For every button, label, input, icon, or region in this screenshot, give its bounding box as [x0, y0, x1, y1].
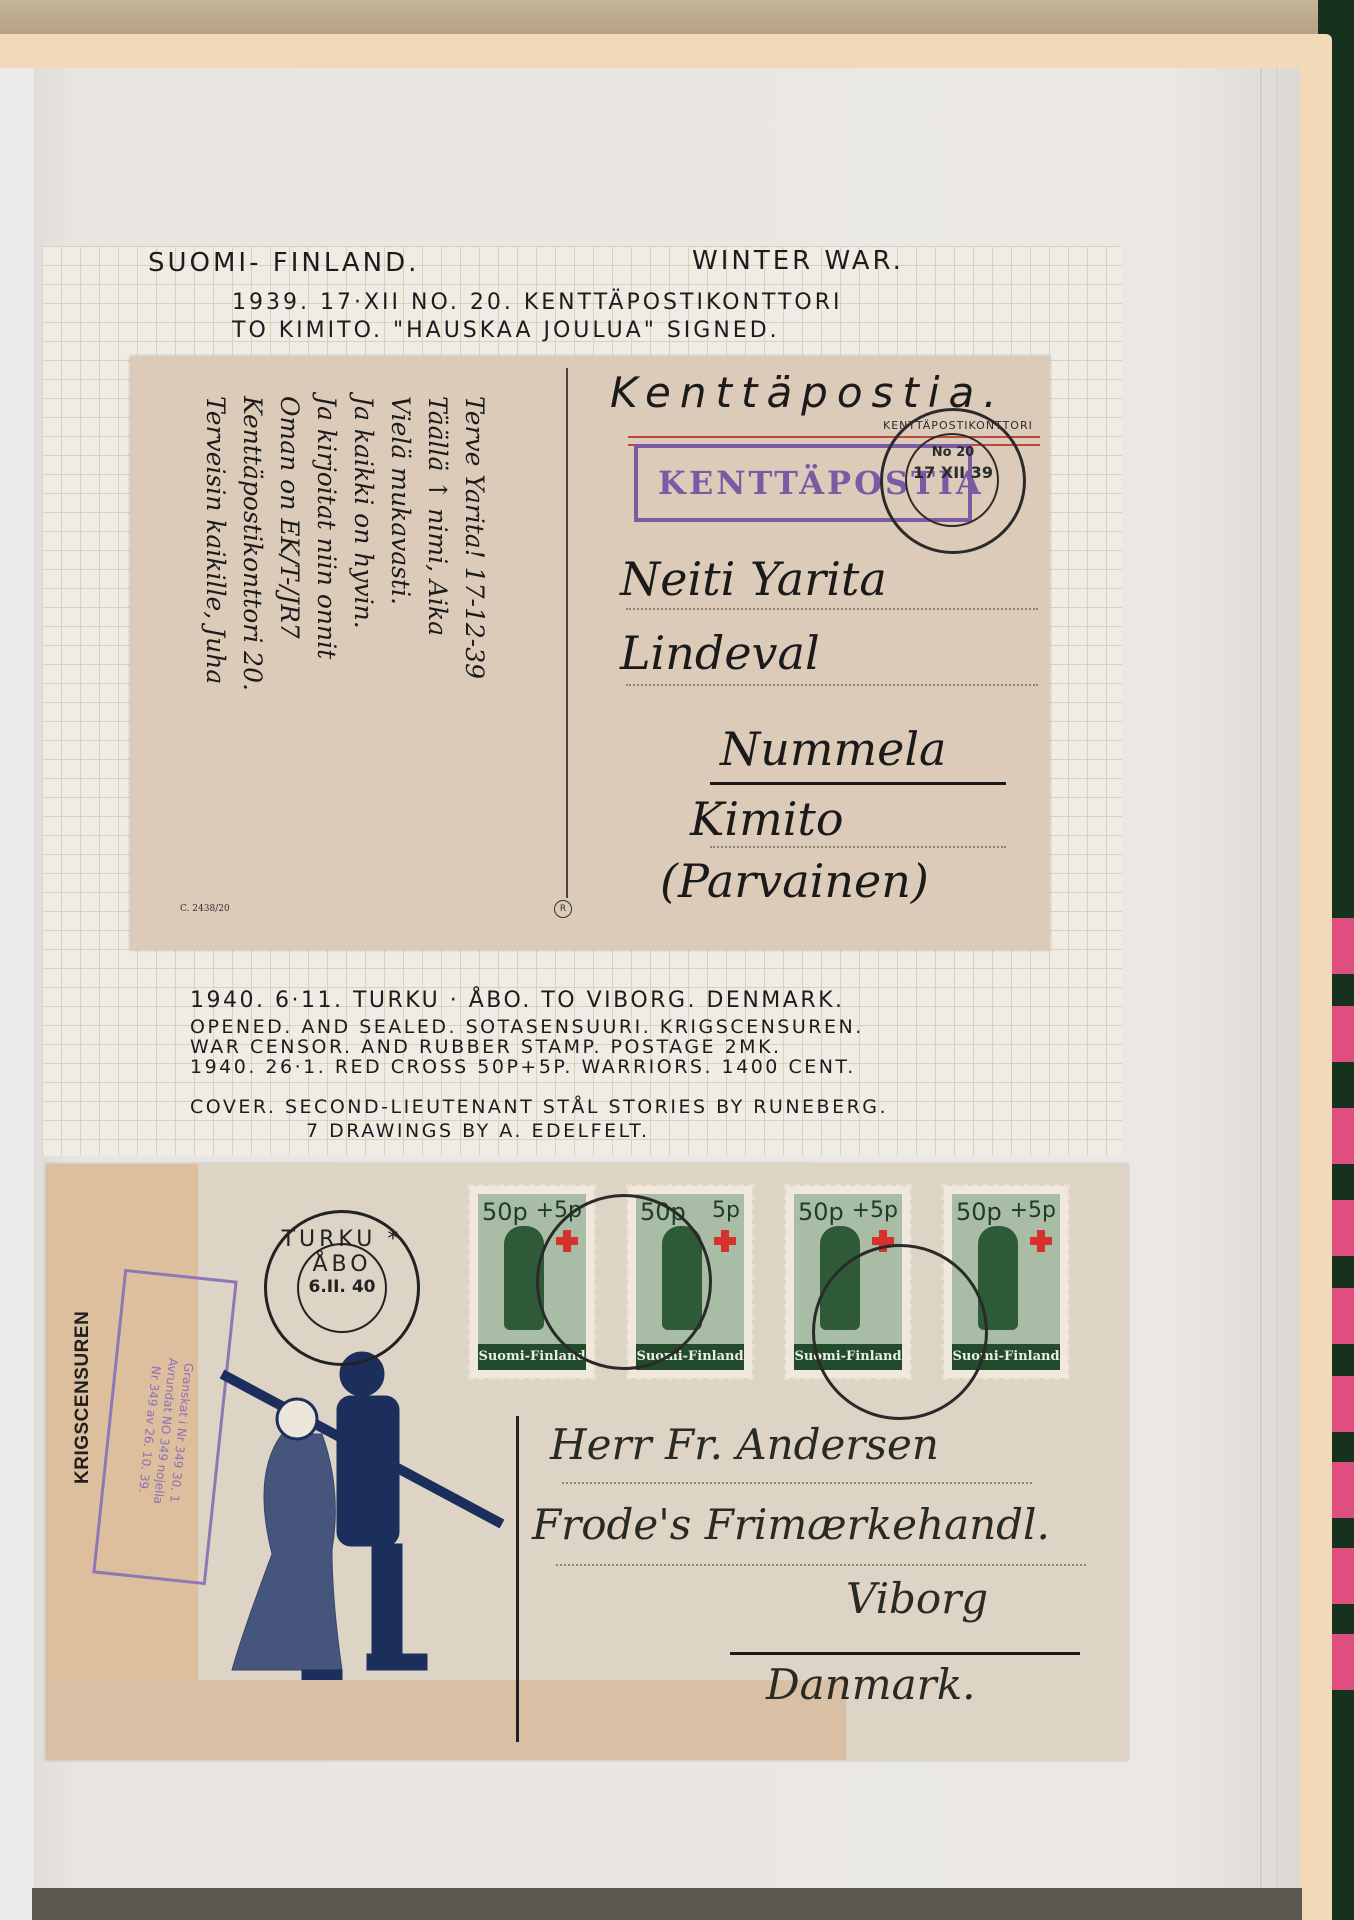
address-line: Nummela — [720, 722, 946, 776]
cover-address-line: Herr Fr. Andersen — [550, 1420, 939, 1469]
address-line: Lindeval — [620, 626, 820, 680]
stamp-value: 50p — [482, 1198, 528, 1226]
index-tab[interactable] — [1332, 1462, 1354, 1518]
stamp-cancel — [812, 1244, 988, 1420]
country-heading: Suomi- Finland. — [148, 248, 419, 278]
turku-abo-postmark: TURKU * ÅBO 6.II. 40 — [264, 1210, 420, 1366]
message-line: Ja kirjoitat niin onnit — [308, 396, 345, 916]
postmark-ring-text: KENTTÄPOSTIKONTTORI — [883, 419, 1023, 432]
topic-heading: Winter War. — [692, 246, 904, 276]
message-line: Oman on EK/T-/JR7 — [271, 396, 308, 916]
index-tab[interactable] — [1332, 918, 1354, 974]
item2-description-line: 1940. 26·1. Red Cross 50p+5p. Warriors. … — [190, 1058, 856, 1076]
stamp-value: 50p — [798, 1198, 844, 1226]
censored-cover: KRIGSCENSUREN Granskat i Nr 349 30. 1 Av… — [46, 1164, 1128, 1760]
index-tab[interactable] — [1332, 1548, 1354, 1604]
stamp-surcharge: +5p — [1010, 1198, 1056, 1223]
postcard-divider — [566, 368, 568, 898]
cover-divider — [516, 1416, 519, 1742]
item2-note-line: 7 drawings by A. Edelfelt. — [306, 1122, 649, 1140]
index-tab[interactable] — [1332, 1108, 1354, 1164]
item1-description-line: To Kimito. "Hauskaa Joulua" signed. — [232, 318, 780, 343]
item2-note-line: Cover. Second-Lieutenant Stål Stories by… — [190, 1098, 888, 1116]
page-bottom-shadow — [32, 1888, 1302, 1920]
postmark-city: TURKU * ÅBO — [267, 1227, 417, 1277]
item2-description-line: War censor. and rubber stamp. Postage 2m… — [190, 1038, 782, 1056]
message-area: Terve Yarita! 17-12-39 Täällä ↑ nimi, Ai… — [130, 396, 560, 916]
index-tab[interactable] — [1332, 1006, 1354, 1062]
postmark-date: 6.II. 40 — [267, 1277, 417, 1297]
postmark-date: 17 XII 39 — [883, 463, 1023, 482]
cover-address-line: Danmark. — [766, 1660, 976, 1709]
index-tab[interactable] — [1332, 1376, 1354, 1432]
message-line: Vielä mukavasti. — [382, 396, 419, 916]
cover-address-line: Frode's Frimærkehandl. — [532, 1500, 1050, 1549]
stamp-cancel — [536, 1194, 712, 1370]
stamp-value: 50p — [956, 1198, 1002, 1226]
message-line: Ja kaikki on hyvin. — [345, 396, 382, 916]
message-line: Terve Yarita! 17-12-39 — [456, 396, 493, 916]
message-line: Terveisin kaikille, Juha — [197, 396, 234, 916]
address-line: Neiti Yarita — [620, 552, 887, 606]
censor-tape-bottom — [46, 1680, 846, 1760]
stamp-surcharge: 5p — [712, 1198, 740, 1223]
stamp-surcharge: +5p — [852, 1198, 898, 1223]
page-gutter — [0, 68, 34, 1920]
item2-description-line: 1940. 6·11. Turku · Åbo. To Viborg. Denm… — [190, 992, 845, 1010]
message-line: Kenttäpostikonttori 20. — [234, 396, 271, 916]
address-line: (Parvainen) — [660, 854, 929, 908]
message-line: Täällä ↑ nimi, Aika — [419, 396, 456, 916]
cover-address-line: Viborg — [846, 1574, 988, 1623]
postmark-number: No 20 — [883, 445, 1023, 460]
field-post-postcard: Terve Yarita! 17-12-39 Täällä ↑ nimi, Ai… — [130, 356, 1050, 950]
index-tab[interactable] — [1332, 1634, 1354, 1690]
index-tab[interactable] — [1332, 1200, 1354, 1256]
censor-tape-label: KRIGSCENSUREN — [72, 1311, 94, 1484]
item1-description-line: 1939. 17·XII No. 20. Kenttäpostikonttori — [232, 290, 843, 315]
print-code: C. 2438/20 — [180, 904, 230, 914]
item2-description-line: Opened. and sealed. Sotasensuuri. Krigsc… — [190, 1018, 864, 1036]
address-line: Kimito — [690, 792, 844, 846]
index-tab[interactable] — [1332, 1288, 1354, 1344]
publisher-logo-icon: R — [554, 900, 572, 918]
field-post-office-postmark: KENTTÄPOSTIKONTTORI No 20 17 XII 39 — [880, 408, 1026, 554]
